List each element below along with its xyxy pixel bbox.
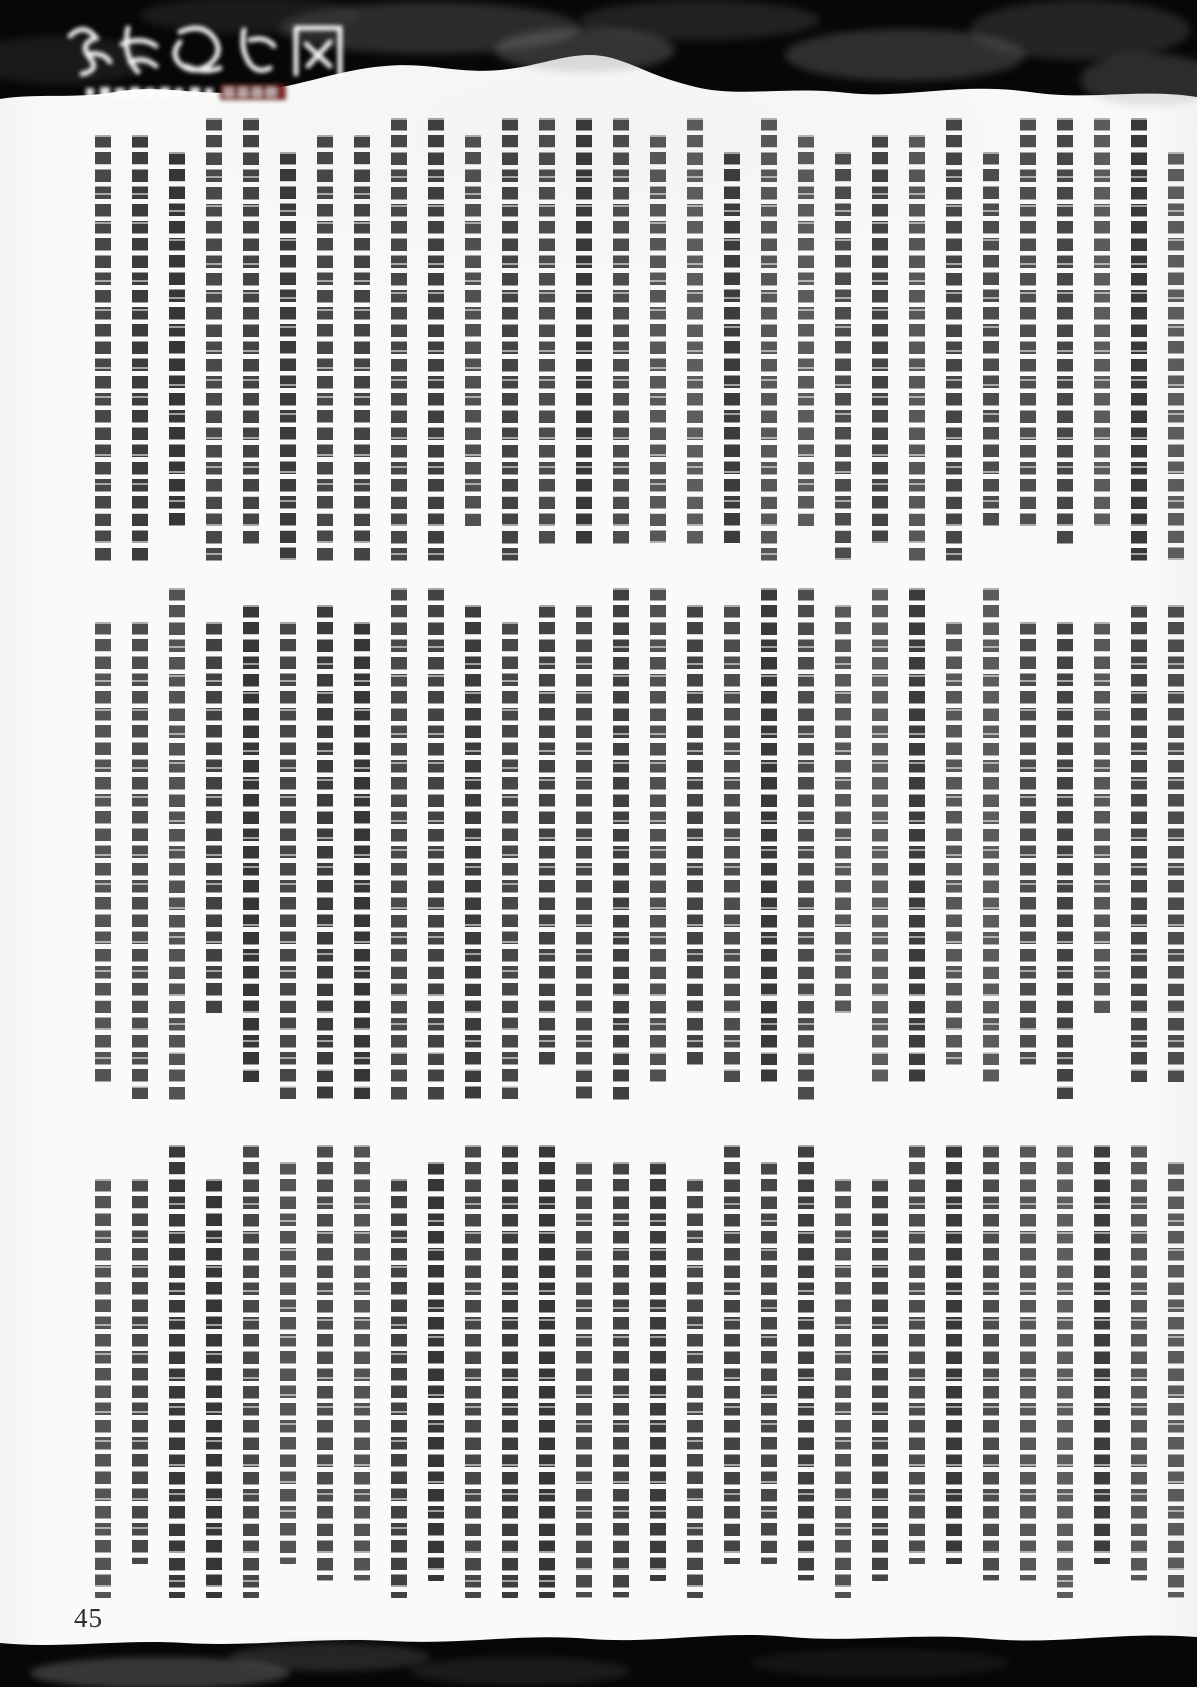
redacted-text-column: [1020, 118, 1036, 528]
redacted-text-column: [576, 605, 592, 1100]
redacted-text-column: [169, 152, 185, 527]
redacted-text-column: [243, 118, 259, 545]
redacted-text-column: [761, 118, 777, 562]
redacted-text-column: [687, 118, 703, 545]
redacted-text-column: [317, 605, 333, 1100]
redacted-text-column: [1168, 605, 1184, 1083]
redacted-text-column: [613, 1162, 629, 1598]
redacted-text-column: [946, 118, 962, 562]
redacted-text-column: [428, 118, 444, 562]
redacted-text-column: [872, 588, 888, 1083]
redacted-text-column: [1094, 1145, 1110, 1564]
redacted-text-column: [428, 1162, 444, 1581]
redacted-text-column: [354, 135, 370, 562]
redacted-text-column: [465, 1145, 481, 1598]
redacted-text-column: [1020, 1145, 1036, 1581]
redacted-text-column: [539, 118, 555, 545]
redacted-text-column: [798, 1145, 814, 1581]
redacted-text-column: [1094, 622, 1110, 1014]
redacted-text-column: [613, 118, 629, 545]
redacted-text-column: [872, 1179, 888, 1580]
redacted-text-column: [1057, 622, 1073, 1100]
redacted-text-column: [465, 605, 481, 1100]
redacted-text-column: [206, 622, 222, 1014]
redacted-text-column: [983, 588, 999, 1083]
redacted-text-column: [798, 588, 814, 1100]
redacted-text-column: [95, 1179, 111, 1598]
redacted-text-column: [724, 1145, 740, 1564]
redacted-text-column: [539, 605, 555, 1065]
redacted-text-column: [1020, 622, 1036, 1065]
redacted-text-column: [724, 605, 740, 1083]
redacted-text-column: [169, 588, 185, 1100]
redacted-text-column: [502, 118, 518, 562]
redacted-text-column: [835, 1179, 851, 1598]
redacted-text-column: [687, 605, 703, 1065]
text-band-3: [48, 1145, 1184, 1598]
logo-red-stamp: [220, 84, 286, 100]
redacted-text-column: [317, 135, 333, 562]
redacted-text-column: [909, 588, 925, 1083]
redacted-text-column: [132, 1179, 148, 1563]
redacted-text-column: [132, 135, 148, 562]
redacted-text-column: [243, 605, 259, 1083]
redacted-text-column: [169, 1145, 185, 1598]
redacted-text-column: [576, 1162, 592, 1598]
redacted-text-column: [391, 588, 407, 1100]
redacted-text-column: [724, 152, 740, 544]
redacted-text-column: [909, 135, 925, 562]
redacted-text-column: [613, 588, 629, 1100]
redacted-text-column: [650, 1162, 666, 1581]
redacted-text-column: [317, 1145, 333, 1581]
redacted-text-column: [872, 135, 888, 545]
redacted-text-column: [946, 622, 962, 1065]
redacted-text-column: [428, 588, 444, 1100]
redacted-text-column: [391, 1179, 407, 1598]
redacted-text-column: [835, 152, 851, 562]
redacted-text-column: [1131, 605, 1147, 1083]
redacted-text-column: [465, 135, 481, 527]
redacted-text-column: [687, 1179, 703, 1598]
redacted-text-column: [243, 1145, 259, 1598]
redacted-text-column: [1057, 118, 1073, 545]
redacted-text-column: [983, 1145, 999, 1581]
redacted-text-column: [1131, 1145, 1147, 1581]
redacted-text-column: [761, 1162, 777, 1563]
redacted-text-column: [539, 1145, 555, 1598]
redacted-text-column: [206, 1179, 222, 1598]
redacted-text-column: [95, 622, 111, 1082]
redacted-text-column: [1131, 118, 1147, 562]
redacted-text-column: [502, 1145, 518, 1598]
redacted-text-column: [132, 622, 148, 1100]
redacted-text-column: [650, 588, 666, 1083]
redacted-text-column: [835, 605, 851, 1014]
redacted-text-column: [354, 622, 370, 1100]
redacted-text-column: [502, 622, 518, 1100]
redacted-text-column: [576, 118, 592, 545]
redacted-text-column: [1168, 152, 1184, 562]
redacted-text-column: [280, 622, 296, 1100]
redacted-text-column: [1057, 1145, 1073, 1598]
redacted-text-column: [798, 135, 814, 527]
footer-banner: [0, 1627, 1197, 1687]
redacted-text-column: [909, 1145, 925, 1564]
text-band-2: [48, 588, 1184, 1100]
redacted-text-column: [946, 1145, 962, 1564]
redacted-text-column: [650, 135, 666, 545]
redacted-text-column: [206, 118, 222, 562]
scanned-book-page: { "page": { "number": "45", "kind": "sca…: [0, 0, 1197, 1687]
redacted-text-column: [1094, 118, 1110, 528]
redacted-text-column: [95, 135, 111, 562]
redacted-text-column: [280, 1162, 296, 1563]
redacted-text-column: [761, 588, 777, 1083]
redacted-text-column: [354, 1145, 370, 1581]
redacted-text-column: [280, 152, 296, 562]
redacted-text-column: [391, 118, 407, 562]
text-band-1: [48, 118, 1184, 562]
redacted-text-column: [1168, 1162, 1184, 1598]
redacted-text-column: [983, 152, 999, 527]
